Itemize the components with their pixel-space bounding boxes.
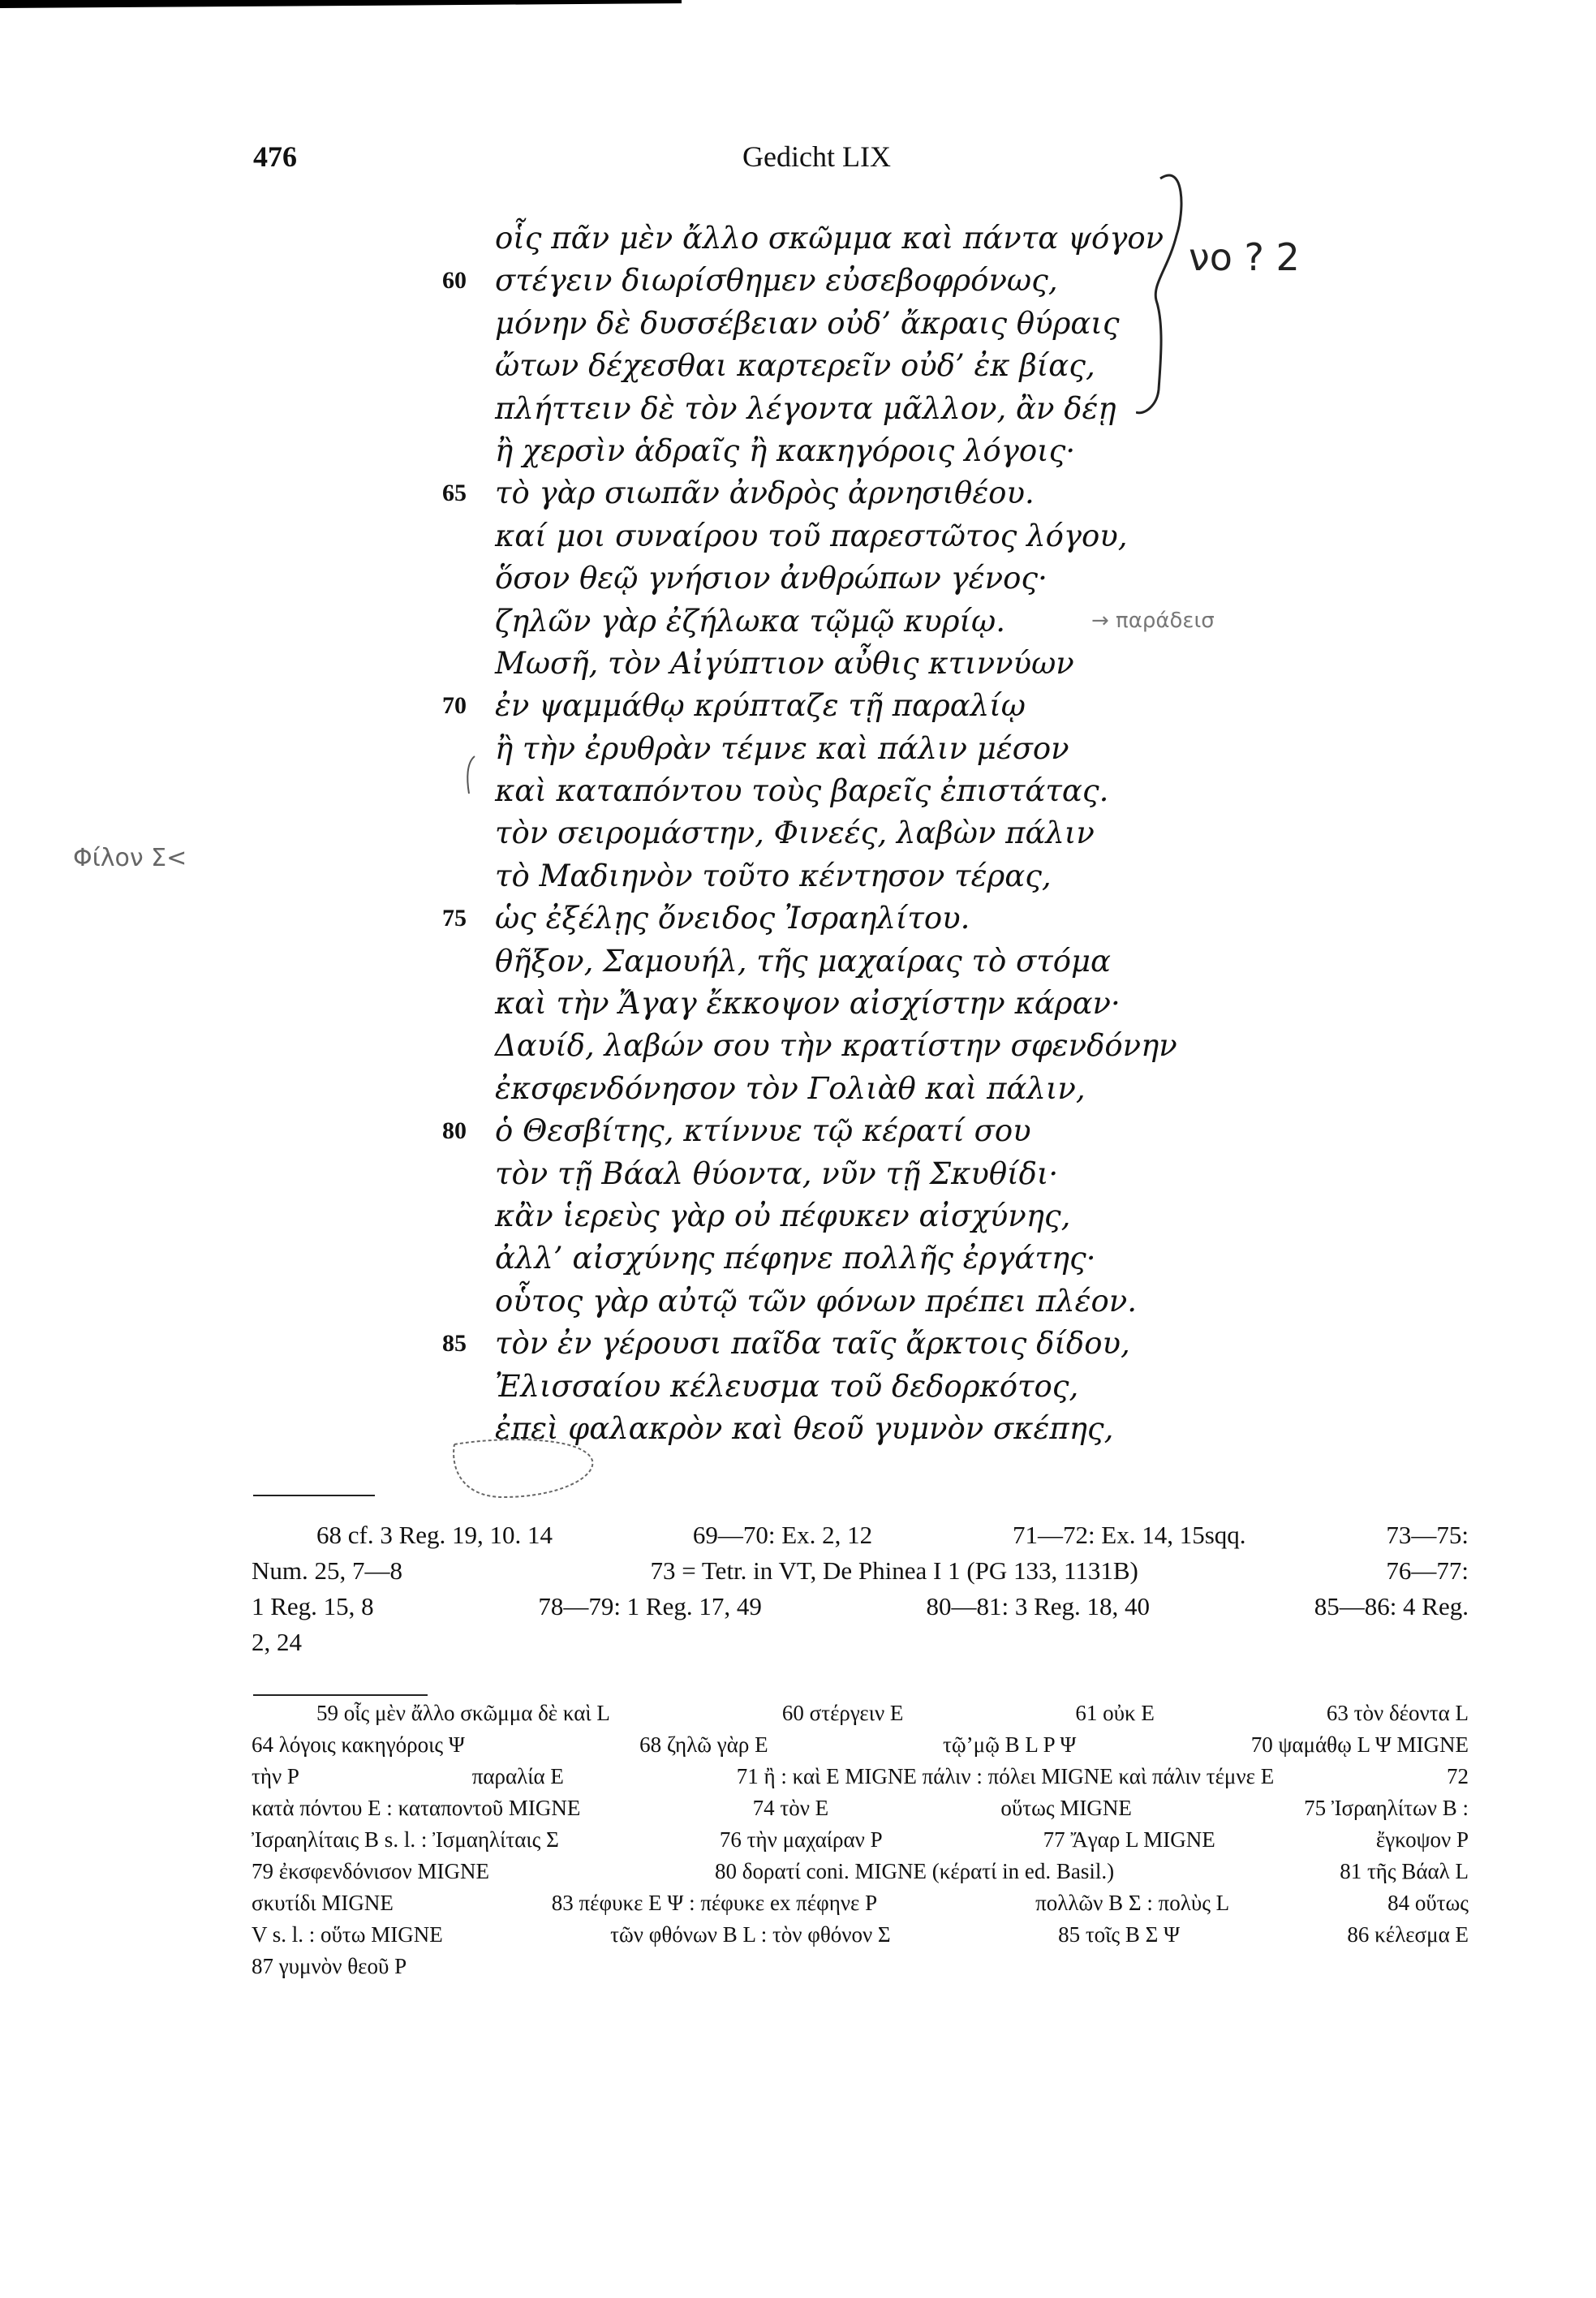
sources-line: 1 Reg. 15, 878—79: 1 Reg. 17, 4980—81: 3… [252,1589,1469,1625]
apparatus-entry: 60 στέργειν E [782,1698,904,1729]
verse-number: 60 [442,260,487,302]
apparatus-entry: 59 οἷς μὲν ἄλλο σκῶμμα δὲ καὶ L [316,1698,610,1729]
verse-line: οὗτος γὰρ αὐτῷ τῶν φόνων πρέπει πλέον. [438,1280,1250,1323]
apparatus-entry: 64 λόγοις κακηγόροις Ψ [252,1729,465,1761]
verse-line: καὶ καταπόντου τοὺς βαρεῖς ἐπιστάτας. [438,770,1250,812]
verse-text: ὅσον θεῷ γνήσιον ἀνθρώπων γένος· [495,557,1048,600]
apparatus-entry: 80 δορατί coni. MIGNE (κέρατί in ed. Bas… [715,1856,1114,1887]
verse-line: κἂν ἱερεὺς γὰρ οὐ πέφυκεν αἰσχύνης, [438,1195,1250,1237]
verse-text: τὸν τῇ Βάαλ θύοντα, νῦν τῇ Σκυθίδι· [495,1153,1058,1195]
verse-text: οὗτος γὰρ αὐτῷ τῶν φόνων πρέπει πλέον. [495,1280,1137,1323]
apparatus-line: τὴν Pπαραλία E71 ἢ : καὶ E MIGNE πάλιν :… [252,1761,1469,1792]
apparatus-entry: 70 ψαμάθῳ L Ψ MIGNE [1251,1729,1469,1761]
verse-line: καί μοι συναίρου τοῦ παρεστῶτος λόγου, [438,515,1250,557]
verse-text: καὶ τὴν Ἄγαγ ἔκκοψον αἰσχίστην κάραν· [495,983,1121,1025]
apparatus-entry: 63 τὸν δέοντα L [1327,1698,1469,1729]
apparatus-entry: 77 Ἄγαρ L MIGNE [1043,1824,1215,1856]
verse-line: ἐκσφενδόνησον τὸν Γολιὰθ καὶ πάλιν, [438,1068,1250,1110]
apparatus-entry: 76 τὴν μαχαίραν P [720,1824,883,1856]
sources-entry: 71—72: Ex. 14, 15sqq. [1013,1517,1246,1553]
verse-text: Ἐλισσαίου κέλευσμα τοῦ δεδορκότος, [495,1366,1078,1408]
verse-number: 80 [442,1110,487,1152]
verse-line: 85τὸν ἐν γέρουσι παῖδα ταῖς ἄρκτοις δίδο… [438,1323,1250,1365]
sources-line: Num. 25, 7—873 = Tetr. in VT, De Phinea … [252,1553,1469,1589]
apparatus-entry: σκυτίδι MIGNE [252,1887,394,1919]
sources-entry: 85—86: 4 Reg. [1314,1589,1469,1625]
verse-text: μόνην δὲ δυσσέβειαν οὐδ’ ἄκραις θύραις [495,303,1120,345]
apparatus-entry: 61 οὐκ E [1075,1698,1154,1729]
apparatus-entry: 74 τὸν E [753,1792,829,1824]
sources-entry: 78—79: 1 Reg. 17, 49 [538,1589,762,1625]
verse-text: ζηλῶν γὰρ ἐζήλωκα τῷμῷ κυρίῳ. [495,600,1005,643]
verse-line: 75ὡς ἐξέλῃς ὄνειδος Ἰσραηλίτου. [438,897,1250,940]
poem-text: οἷς πᾶν μὲν ἄλλο σκῶμμα καὶ πάντα ψόγον6… [438,217,1250,1450]
apparatus-line: 64 λόγοις κακηγόροις Ψ68 ζηλῶ γὰρ Eτῷ’μῷ… [252,1729,1469,1761]
apparatus-entry: 87 γυμνὸν θεοῦ P [252,1951,407,1982]
page-number: 476 [253,140,297,174]
sources-entry: 76—77: [1386,1553,1469,1589]
verse-text: θῆξον, Σαμουήλ, τῆς μαχαίρας τὸ στόμα [495,940,1111,983]
verse-line: ὤτων δέχεσθαι καρτερεῖν οὐδ’ ἐκ βίας, [438,345,1250,387]
verse-line: 65τὸ γὰρ σιωπᾶν ἀνδρὸς ἀρνησιθέου. [438,472,1250,514]
apparatus-entry: 83 πέφυκε E Ψ : πέφυκε ex πέφηνε P [552,1887,877,1919]
sources-entry: 73—75: [1386,1517,1469,1553]
verse-text: τὸν ἐν γέρουσι παῖδα ταῖς ἄρκτοις δίδου, [495,1323,1130,1365]
verse-line: ἀλλ’ αἰσχύνης πέφηνε πολλῆς ἐργάτης· [438,1237,1250,1280]
verse-text: τὸ γὰρ σιωπᾶν ἀνδρὸς ἀρνησιθέου. [495,472,1035,514]
handwritten-left-note: Φίλον Σ< [73,844,187,872]
apparatus-entry: τὴν P [252,1761,299,1792]
verse-line: 80ὁ Θεσβίτης, κτίννυε τῷ κέρατί σου [438,1110,1250,1152]
verse-line: 60στέγειν διωρίσθημεν εὐσεβοφρόνως, [438,260,1250,302]
verse-line: ἐπεὶ φαλακρὸν καὶ θεοῦ γυμνὸν σκέπης, [438,1408,1250,1450]
sources-line: 68 cf. 3 Reg. 19, 10. 1469—70: Ex. 2, 12… [252,1517,1469,1553]
verse-number: 85 [442,1323,487,1365]
critical-apparatus: 59 οἷς μὲν ἄλλο σκῶμμα δὲ καὶ L60 στέργε… [252,1698,1469,1982]
verse-text: οἷς πᾶν μὲν ἄλλο σκῶμμα καὶ πάντα ψόγον [495,217,1164,260]
sources-entry: 80—81: 3 Reg. 18, 40 [927,1589,1151,1625]
apparatus-entry: 81 τῆς Βάαλ L [1340,1856,1469,1887]
apparatus-entry: 79 ἐκσφενδόνισον MIGNE [252,1856,489,1887]
sources-line: 2, 24 [252,1625,1469,1660]
apparatus-line: 87 γυμνὸν θεοῦ P [252,1951,1469,1982]
sources-entry: 73 = Tetr. in VT, De Phinea I 1 (PG 133,… [650,1553,1138,1589]
verse-line: πλήττειν δὲ τὸν λέγοντα μᾶλλον, ἂν δέῃ [438,388,1250,430]
verse-text: ἀλλ’ αἰσχύνης πέφηνε πολλῆς ἐργάτης· [495,1237,1096,1280]
apparatus-entry: τῷ’μῷ B L P Ψ [943,1729,1076,1761]
sources-entry: 2, 24 [252,1625,302,1660]
sources-entry: 1 Reg. 15, 8 [252,1589,374,1625]
verse-line: Δαυίδ, λαβών σου τὴν κρατίστην σφενδόνην [438,1025,1250,1067]
apparatus-entry: 84 οὕτως [1387,1887,1469,1919]
apparatus-entry: 68 ζηλῶ γὰρ E [639,1729,768,1761]
verse-text: ὁ Θεσβίτης, κτίννυε τῷ κέρατί σου [495,1110,1031,1152]
apparatus-line: 79 ἐκσφενδόνισον MIGNE80 δορατί coni. MI… [252,1856,1469,1887]
verse-line: 70ἐν ψαμμάθῳ κρύπταζε τῇ παραλίῳ [438,685,1250,727]
verse-text: ὤτων δέχεσθαι καρτερεῖν οὐδ’ ἐκ βίας, [495,345,1095,387]
apparatus-entry: ἔγκοψον P [1376,1824,1469,1856]
apparatus-entry: 75 Ἰσραηλίτων B : [1304,1792,1469,1824]
verse-text: Δαυίδ, λαβών σου τὴν κρατίστην σφενδόνην [495,1025,1177,1067]
verse-line: τὸν τῇ Βάαλ θύοντα, νῦν τῇ Σκυθίδι· [438,1153,1250,1195]
verse-line: τὸν σειρομάστην, Φινεές, λαβὼν πάλιν [438,812,1250,854]
verse-text: στέγειν διωρίσθημεν εὐσεβοφρόνως, [495,260,1058,302]
verse-text: ἢ χερσὶν ἁδραῖς ἢ κακηγόροις λόγοις· [495,430,1075,472]
apparatus-entry: 72 [1447,1761,1469,1792]
running-title: Gedicht LIX [742,140,891,174]
verse-text: ἢ τὴν ἐρυθρὰν τέμνε καὶ πάλιν μέσον [495,728,1069,770]
verse-text: ἐν ψαμμάθῳ κρύπταζε τῇ παραλίῳ [495,685,1026,727]
apparatus-rule [253,1694,428,1696]
verse-number: 70 [442,685,487,727]
verse-line: ὅσον θεῷ γνήσιον ἀνθρώπων γένος· [438,557,1250,600]
apparatus-line: V s. l. : οὕτω MIGNEτῶν φθόνων B L : τὸν… [252,1919,1469,1951]
verse-number: 75 [442,897,487,940]
apparatus-line: Ἰσραηλίταις B s. l. : Ἰσμαηλίταις Σ76 τὴ… [252,1824,1469,1856]
verse-line: θῆξον, Σαμουήλ, τῆς μαχαίρας τὸ στόμα [438,940,1250,983]
verse-text: κἂν ἱερεὺς γὰρ οὐ πέφυκεν αἰσχύνης, [495,1195,1070,1237]
verse-text: τὸν σειρομάστην, Φινεές, λαβὼν πάλιν [495,812,1095,854]
sources-entry: 68 cf. 3 Reg. 19, 10. 14 [316,1517,553,1553]
source-notes: 68 cf. 3 Reg. 19, 10. 1469—70: Ex. 2, 12… [252,1517,1469,1660]
verse-line: ἢ τὴν ἐρυθρὰν τέμνε καὶ πάλιν μέσον [438,728,1250,770]
scan-edge [0,0,682,8]
verse-line: Μωσῆ, τὸν Αἰγύπτιον αὖθις κτιννύων [438,643,1250,685]
sources-entry: Num. 25, 7—8 [252,1553,402,1589]
verse-line: οἷς πᾶν μὲν ἄλλο σκῶμμα καὶ πάντα ψόγον [438,217,1250,260]
page-header: 476 Gedicht LIX [0,140,1596,180]
apparatus-entry: οὕτως MIGNE [1000,1792,1131,1824]
apparatus-entry: τῶν φθόνων B L : τὸν φθόνον Σ [610,1919,891,1951]
verse-line: Ἐλισσαίου κέλευσμα τοῦ δεδορκότος, [438,1366,1250,1408]
apparatus-entry: παραλία E [472,1761,564,1792]
verse-text: ἐκσφενδόνησον τὸν Γολιὰθ καὶ πάλιν, [495,1068,1086,1110]
verse-text: ὡς ἐξέλῃς ὄνειδος Ἰσραηλίτου. [495,897,970,940]
apparatus-entry: Ἰσραηλίταις B s. l. : Ἰσμαηλίταις Σ [252,1824,559,1856]
apparatus-entry: κατὰ πόντου E : καταποντοῦ MIGNE [252,1792,580,1824]
verse-text: ἐπεὶ φαλακρὸν καὶ θεοῦ γυμνὸν σκέπης, [495,1408,1113,1450]
apparatus-entry: πολλῶν B Σ : πολὺς L [1035,1887,1229,1919]
apparatus-line: σκυτίδι MIGNE83 πέφυκε E Ψ : πέφυκε ex π… [252,1887,1469,1919]
verse-text: τὸ Μαδιηνὸν τοῦτο κέντησον τέρας, [495,855,1052,897]
verse-line: μόνην δὲ δυσσέβειαν οὐδ’ ἄκραις θύραις [438,303,1250,345]
apparatus-entry: 86 κέλεσμα E [1347,1919,1469,1951]
apparatus-line: κατὰ πόντου E : καταποντοῦ MIGNE74 τὸν E… [252,1792,1469,1824]
verse-line: ἢ χερσὶν ἁδραῖς ἢ κακηγόροις λόγοις· [438,430,1250,472]
section-rule [253,1495,375,1496]
verse-text: καί μοι συναίρου τοῦ παρεστῶτος λόγου, [495,515,1128,557]
verse-number: 65 [442,472,487,514]
apparatus-entry: 71 ἢ : καὶ E MIGNE πάλιν : πόλει MIGNE κ… [737,1761,1274,1792]
verse-line: ζηλῶν γὰρ ἐζήλωκα τῷμῷ κυρίῳ. [438,600,1250,643]
verse-line: τὸ Μαδιηνὸν τοῦτο κέντησον τέρας, [438,855,1250,897]
verse-text: καὶ καταπόντου τοὺς βαρεῖς ἐπιστάτας. [495,770,1108,812]
apparatus-line: 59 οἷς μὲν ἄλλο σκῶμμα δὲ καὶ L60 στέργε… [252,1698,1469,1729]
verse-line: καὶ τὴν Ἄγαγ ἔκκοψον αἰσχίστην κάραν· [438,983,1250,1025]
verse-text: Μωσῆ, τὸν Αἰγύπτιον αὖθις κτιννύων [495,643,1074,685]
verse-text: πλήττειν δὲ τὸν λέγοντα μᾶλλον, ἂν δέῃ [495,388,1116,430]
sources-entry: 69—70: Ex. 2, 12 [693,1517,872,1553]
apparatus-entry: 85 τοῖς B Σ Ψ [1058,1919,1180,1951]
apparatus-entry: V s. l. : οὕτω MIGNE [252,1919,443,1951]
